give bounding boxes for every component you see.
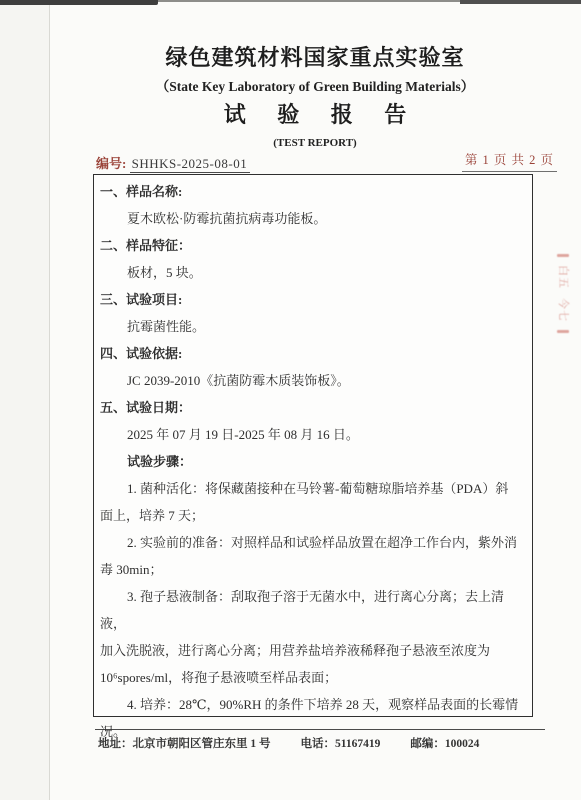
page-indicator: 第 1 页 共 2 页 [462, 152, 557, 172]
section-heading: 五、试验日期： [100, 394, 526, 421]
footer-contact-row: 地址：北京市朝阳区管庄东里 1 号 电话：51167419 邮编：100024 [98, 737, 581, 752]
section-heading: 一、样品名称: [100, 178, 526, 205]
stamp-dash-bottom [557, 330, 569, 333]
section-heading: 三、试验项目: [100, 286, 526, 313]
footer-address: 地址：北京市朝阳区管庄东里 1 号 [98, 737, 271, 752]
procedure-heading: 试验步骤： [100, 448, 526, 475]
report-number-label: 编号: [96, 156, 126, 171]
lab-name-cn: 绿色建筑材料国家重点实验室 [49, 44, 581, 72]
section-test-items: 三、试验项目: 抗霉菌性能。 [100, 286, 526, 340]
section-sample-name: 一、样品名称: 夏木欧松·防霉抗菌抗病毒功能板。 [100, 178, 526, 232]
section-content: 板材，5 块。 [100, 259, 526, 286]
stamp-chars-upper: 白五 [550, 265, 576, 289]
stamp-chars-lower: 今七 [550, 298, 576, 322]
section-heading: 二、样品特征： [100, 232, 526, 259]
procedure-step-3: 3. 孢子悬液制备：刮取孢子溶于无菌水中，进行离心分离；去上清液， 加入洗脱液，… [100, 583, 526, 691]
section-content: 夏木欧松·防霉抗菌抗病毒功能板。 [100, 205, 526, 232]
section-sample-features: 二、样品特征： 板材，5 块。 [100, 232, 526, 286]
report-title-cn: 试 验 报 告 [49, 102, 581, 128]
footer-postcode: 邮编：100024 [410, 737, 479, 752]
section-test-date: 五、试验日期： 2025 年 07 月 19 日-2025 年 08 月 16 … [100, 394, 526, 448]
report-body-box: 一、样品名称: 夏木欧松·防霉抗菌抗病毒功能板。 二、样品特征： 板材，5 块。… [93, 174, 533, 717]
footer-phone: 电话：51167419 [301, 737, 381, 752]
section-content: 抗霉菌性能。 [100, 313, 526, 340]
footer-divider [95, 729, 545, 730]
scan-left-margin [0, 0, 49, 800]
procedure-step-2: 2. 实验前的准备：对照样品和试验样品放置在超净工作台内，紫外消 毒 30min… [100, 529, 526, 583]
report-title-en: (TEST REPORT) [49, 136, 581, 150]
report-page: 绿色建筑材料国家重点实验室 （State Key Laboratory of G… [49, 0, 581, 800]
lab-name-en: （State Key Laboratory of Green Building … [49, 78, 581, 96]
section-content: 2025 年 07 月 19 日-2025 年 08 月 16 日。 [100, 421, 526, 448]
report-number: 编号: SHHKS-2025-08-01 [96, 155, 250, 172]
section-content: JC 2039-2010《抗菌防霉木质装饰板》。 [100, 367, 526, 394]
report-meta-row: 编号: SHHKS-2025-08-01 第 1 页 共 2 页 [96, 152, 557, 172]
section-test-basis: 四、试验依据: JC 2039-2010《抗菌防霉木质装饰板》。 [100, 340, 526, 394]
stamp-bleed-mark: 白五 今七 [553, 254, 573, 333]
section-heading: 四、试验依据: [100, 340, 526, 367]
report-number-value: SHHKS-2025-08-01 [130, 156, 251, 173]
stamp-dash-top [557, 254, 569, 257]
procedure-step-1: 1. 菌种活化：将保藏菌接种在马铃薯-葡萄糖琼脂培养基（PDA）斜 面上，培养 … [100, 475, 526, 529]
